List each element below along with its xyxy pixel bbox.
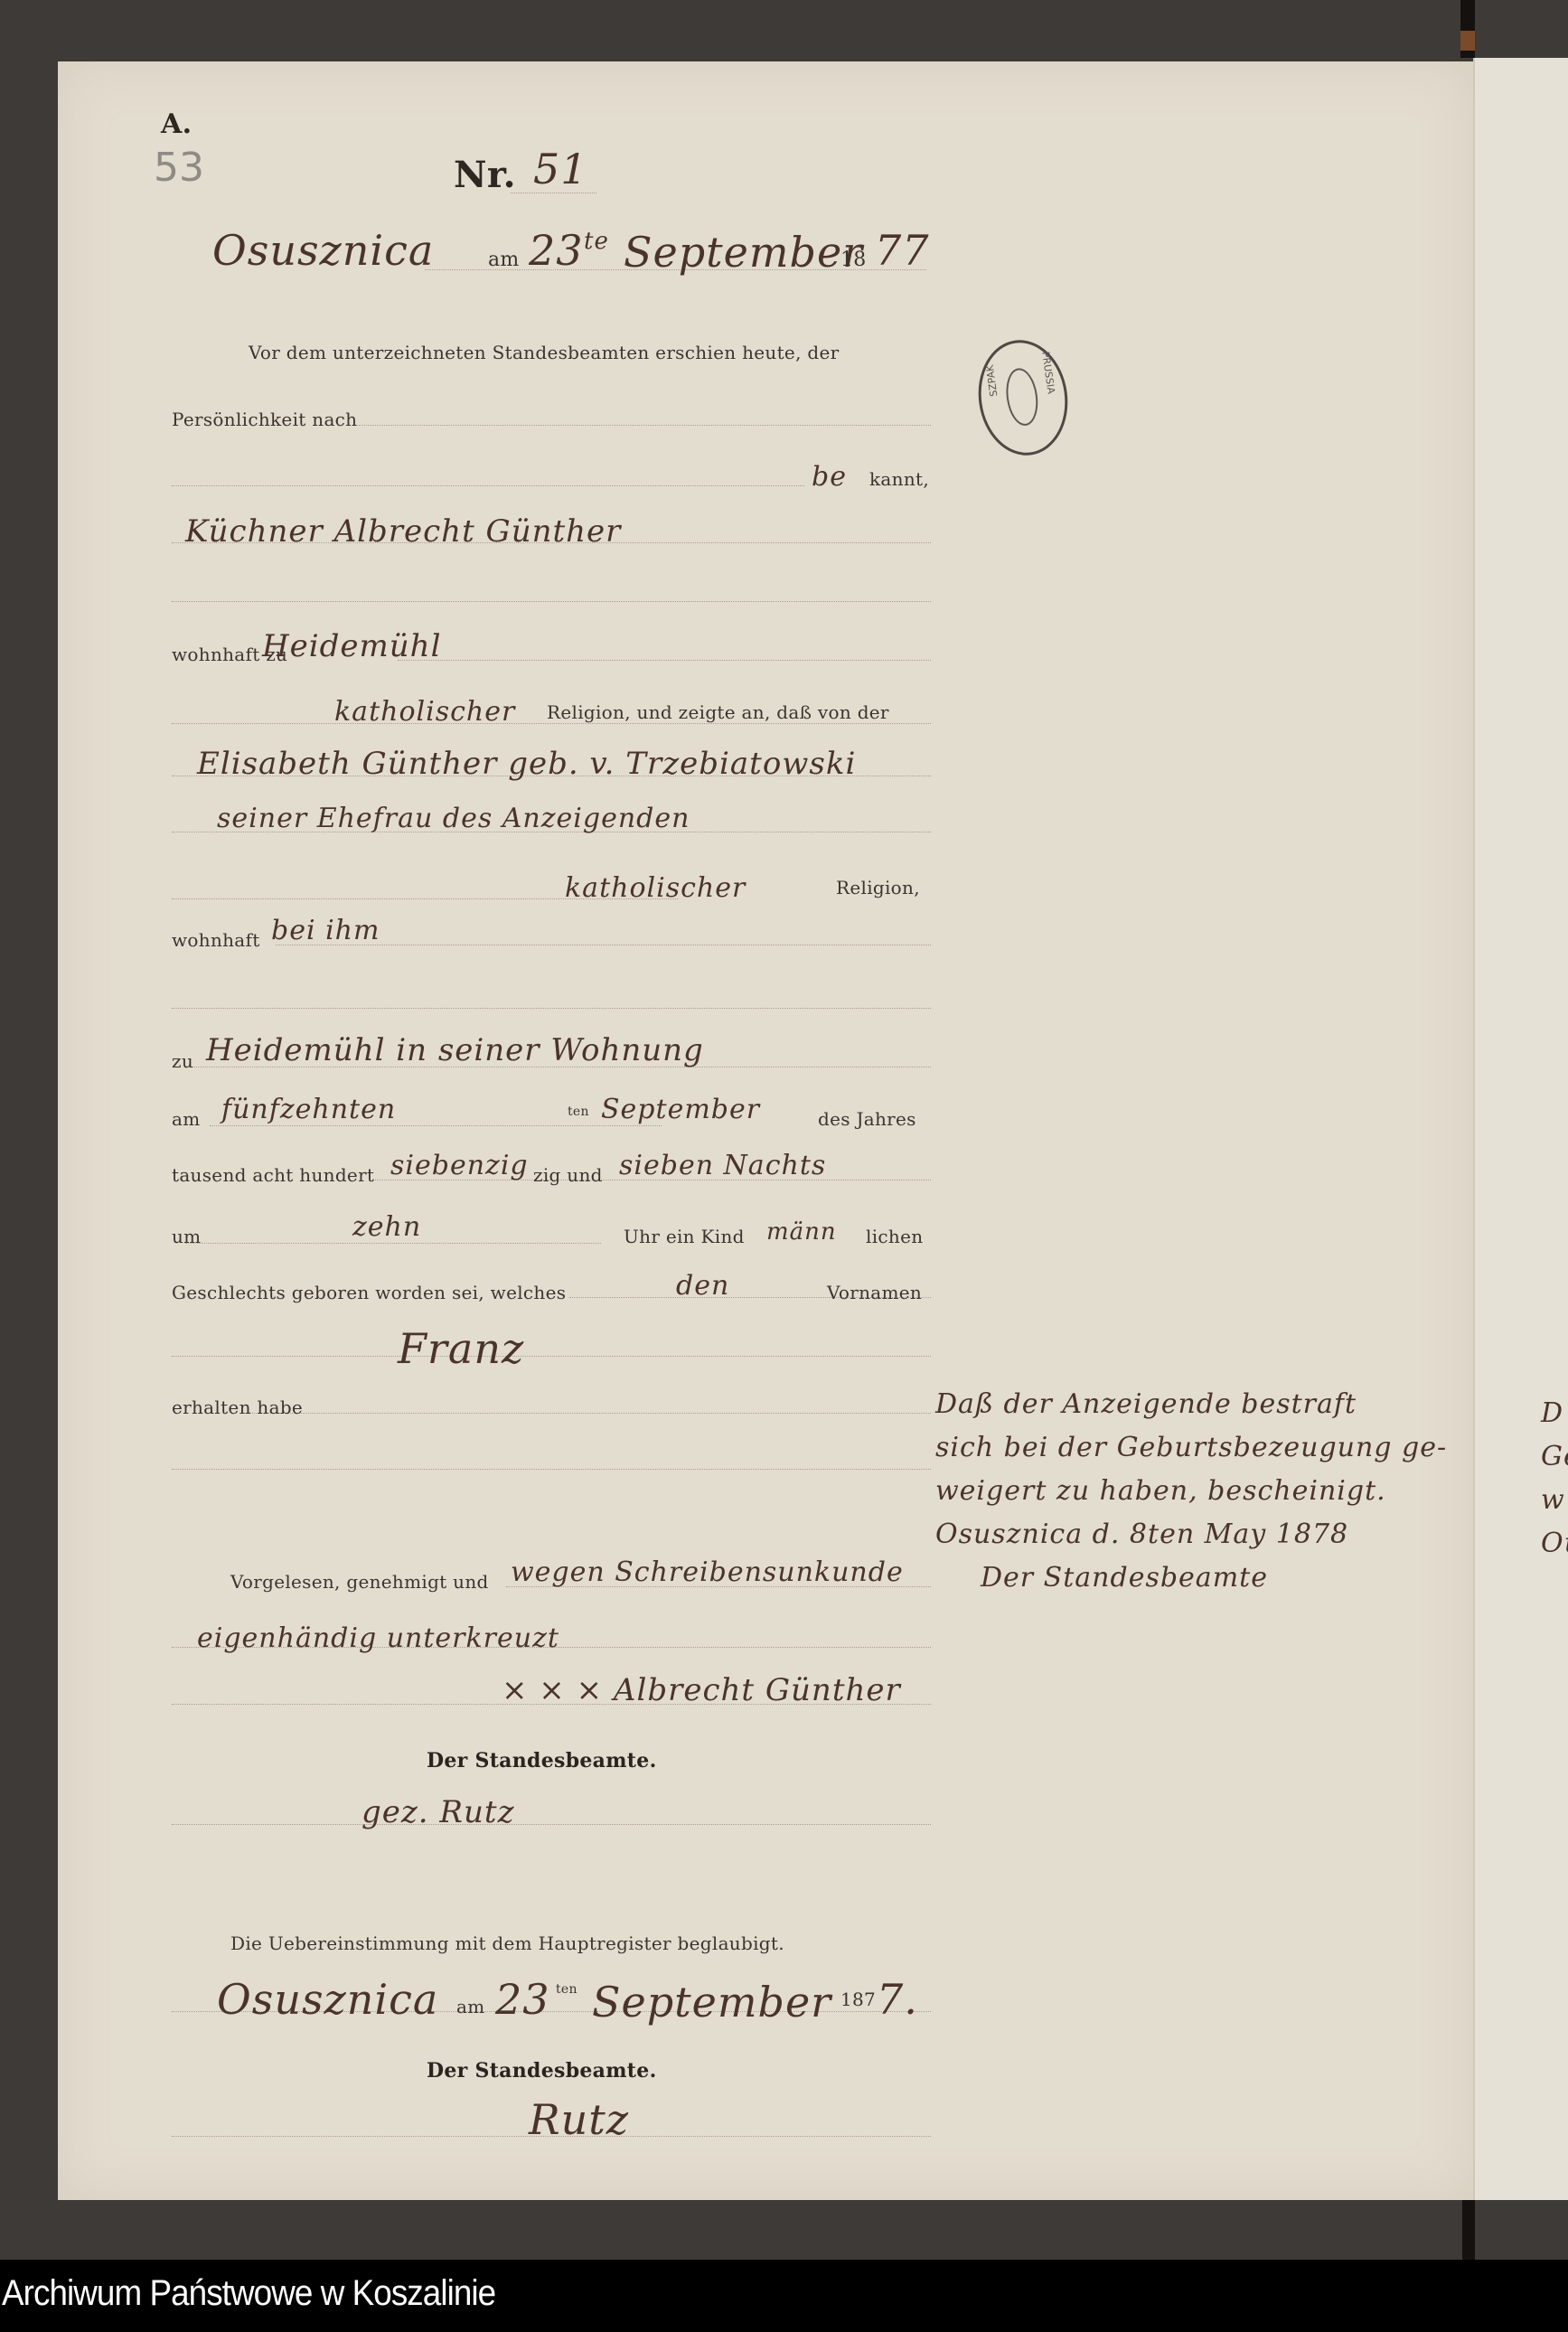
known-hand: be <box>812 461 847 493</box>
intro-line: Vor dem unterzeichneten Standesbeamten e… <box>249 342 839 363</box>
right-page <box>1473 58 1568 2200</box>
right-fragment-line: Ou <box>1541 1522 1568 1566</box>
header-day: 23 <box>529 226 584 275</box>
binding-strip-top <box>1460 0 1475 58</box>
rule-known <box>172 485 804 486</box>
cert-signature: Rutz <box>529 2095 629 2144</box>
informant-signature-marks: × × × Albrecht Günther <box>502 1672 901 1708</box>
read-label: Vorgelesen, genehmigt und <box>230 1571 489 1593</box>
date-label: am <box>172 1108 201 1130</box>
child-sex-suffix: lichen <box>866 1226 923 1247</box>
number-value: 51 <box>533 145 588 193</box>
pencil-page-number: 53 <box>154 145 204 191</box>
place-value: Heidemühl in seiner Wohnung <box>206 1032 704 1068</box>
date-day: fünfzehnten <box>221 1094 396 1125</box>
margin-note-line: Osusznica d. 8ten May 1878 <box>935 1513 1441 1556</box>
forename-value: Franz <box>398 1324 524 1373</box>
rule-blank-3 <box>172 1469 931 1470</box>
rule-personality <box>352 425 931 426</box>
number-label: Nr. <box>454 154 516 196</box>
personality-label: Persönlichkeit nach <box>172 409 357 430</box>
cert-ten: ten <box>556 1982 577 1997</box>
cert-registrar-title: Der Standesbeamte. <box>427 2059 657 2083</box>
margin-note: Daß der Anzeigende bestraft sich bei der… <box>935 1383 1441 1600</box>
header-year-suffix: 77 <box>875 226 930 275</box>
rule-residence <box>398 660 931 661</box>
rule-blank-2 <box>172 1008 931 1009</box>
rule-time <box>185 1243 601 1244</box>
right-fragment-line: w <box>1541 1479 1568 1522</box>
cert-year-prefix: 187 <box>840 1989 876 2010</box>
margin-note-line: Der Standesbeamte <box>935 1556 1441 1600</box>
header-place: Osusznica <box>212 226 434 275</box>
date-ten: ten <box>568 1105 589 1119</box>
religion1-print: Religion, und zeigte an, daß von der <box>547 701 889 723</box>
rule-received <box>244 1413 931 1414</box>
date-month: September <box>601 1094 760 1125</box>
right-page-fragment: D Ge w Ou <box>1541 1392 1568 1566</box>
cert-year-suffix: 7. <box>877 1975 918 2024</box>
religion1-value: katholischer <box>334 696 515 728</box>
registrar-signature: gez. Rutz <box>361 1794 515 1830</box>
year-words-2: sieben Nachts <box>619 1150 826 1181</box>
year-words-1: siebenzig <box>390 1150 529 1181</box>
forename-hand: den <box>676 1270 729 1302</box>
received-label: erhalten habe <box>172 1396 303 1418</box>
certification-line: Die Uebereinstimmung mit dem Hauptregist… <box>230 1932 784 1954</box>
year-words-label: tausend acht hundert <box>172 1164 374 1186</box>
header-day-suffix: te <box>584 228 609 255</box>
rule-date <box>210 1125 662 1126</box>
rule-religion1 <box>172 723 931 724</box>
informant-name: Küchner Albrecht Günther <box>185 513 621 550</box>
margin-note-line: sich bei der Geburtsbezeugung ge- <box>935 1426 1441 1470</box>
residence2-label: wohnhaft <box>172 929 260 951</box>
known-print: kannt, <box>869 468 929 490</box>
year-zig-und: zig und <box>533 1164 603 1186</box>
right-fragment-line: D <box>1541 1392 1568 1435</box>
residence2-value: bei ihm <box>271 915 380 946</box>
cert-month: September <box>592 1978 831 2026</box>
rule-registrar <box>172 1824 931 1825</box>
gender-line: Geschlechts geboren worden sei, welches <box>172 1282 566 1303</box>
stamp-text-left: SZPAK <box>984 364 1000 398</box>
rule-blank-1 <box>172 601 931 602</box>
binding-strip-bottom <box>1462 2200 1475 2260</box>
margin-note-line: weigert zu haben, bescheinigt. <box>935 1470 1441 1513</box>
time-value: zehn <box>352 1211 421 1243</box>
form-letter: A. <box>161 108 192 140</box>
place-label: zu <box>172 1050 193 1072</box>
child-sex: männ <box>766 1218 837 1246</box>
stamp-inner-oval <box>1003 366 1042 428</box>
archive-caption: Archiwum Państwowe w Koszalinie <box>2 2273 495 2314</box>
child-label: Uhr ein Kind <box>624 1226 745 1247</box>
rule-forename <box>172 1356 931 1357</box>
religion2-value: katholischer <box>565 872 746 904</box>
cert-am: am <box>456 1996 485 2017</box>
date-year-label: des Jahres <box>818 1108 916 1130</box>
cert-day: 23 <box>495 1975 550 2024</box>
mother-relation: seiner Ehefrau des Anzeigenden <box>217 803 690 834</box>
header-month: September <box>624 228 863 277</box>
header-year-prefix: 18 <box>840 249 867 271</box>
forename-label: Vornamen <box>827 1282 922 1303</box>
residence-value: Heidemühl <box>262 628 441 664</box>
left-page <box>58 61 1473 2200</box>
header-am: am <box>488 249 520 271</box>
time-label: um <box>172 1226 201 1247</box>
margin-note-line: Daß der Anzeigende bestraft <box>935 1383 1441 1426</box>
read-hand-2: eigenhändig unterkreuzt <box>197 1622 559 1654</box>
registrar-title: Der Standesbeamte. <box>427 1749 657 1773</box>
religion2-print: Religion, <box>836 877 920 898</box>
cert-place: Osusznica <box>217 1975 438 2024</box>
right-fragment-line: Ge <box>1541 1435 1568 1479</box>
mother-name: Elisabeth Günther geb. v. Trzebiatowski <box>197 746 856 782</box>
read-hand-1: wegen Schreibensunkunde <box>511 1556 904 1588</box>
